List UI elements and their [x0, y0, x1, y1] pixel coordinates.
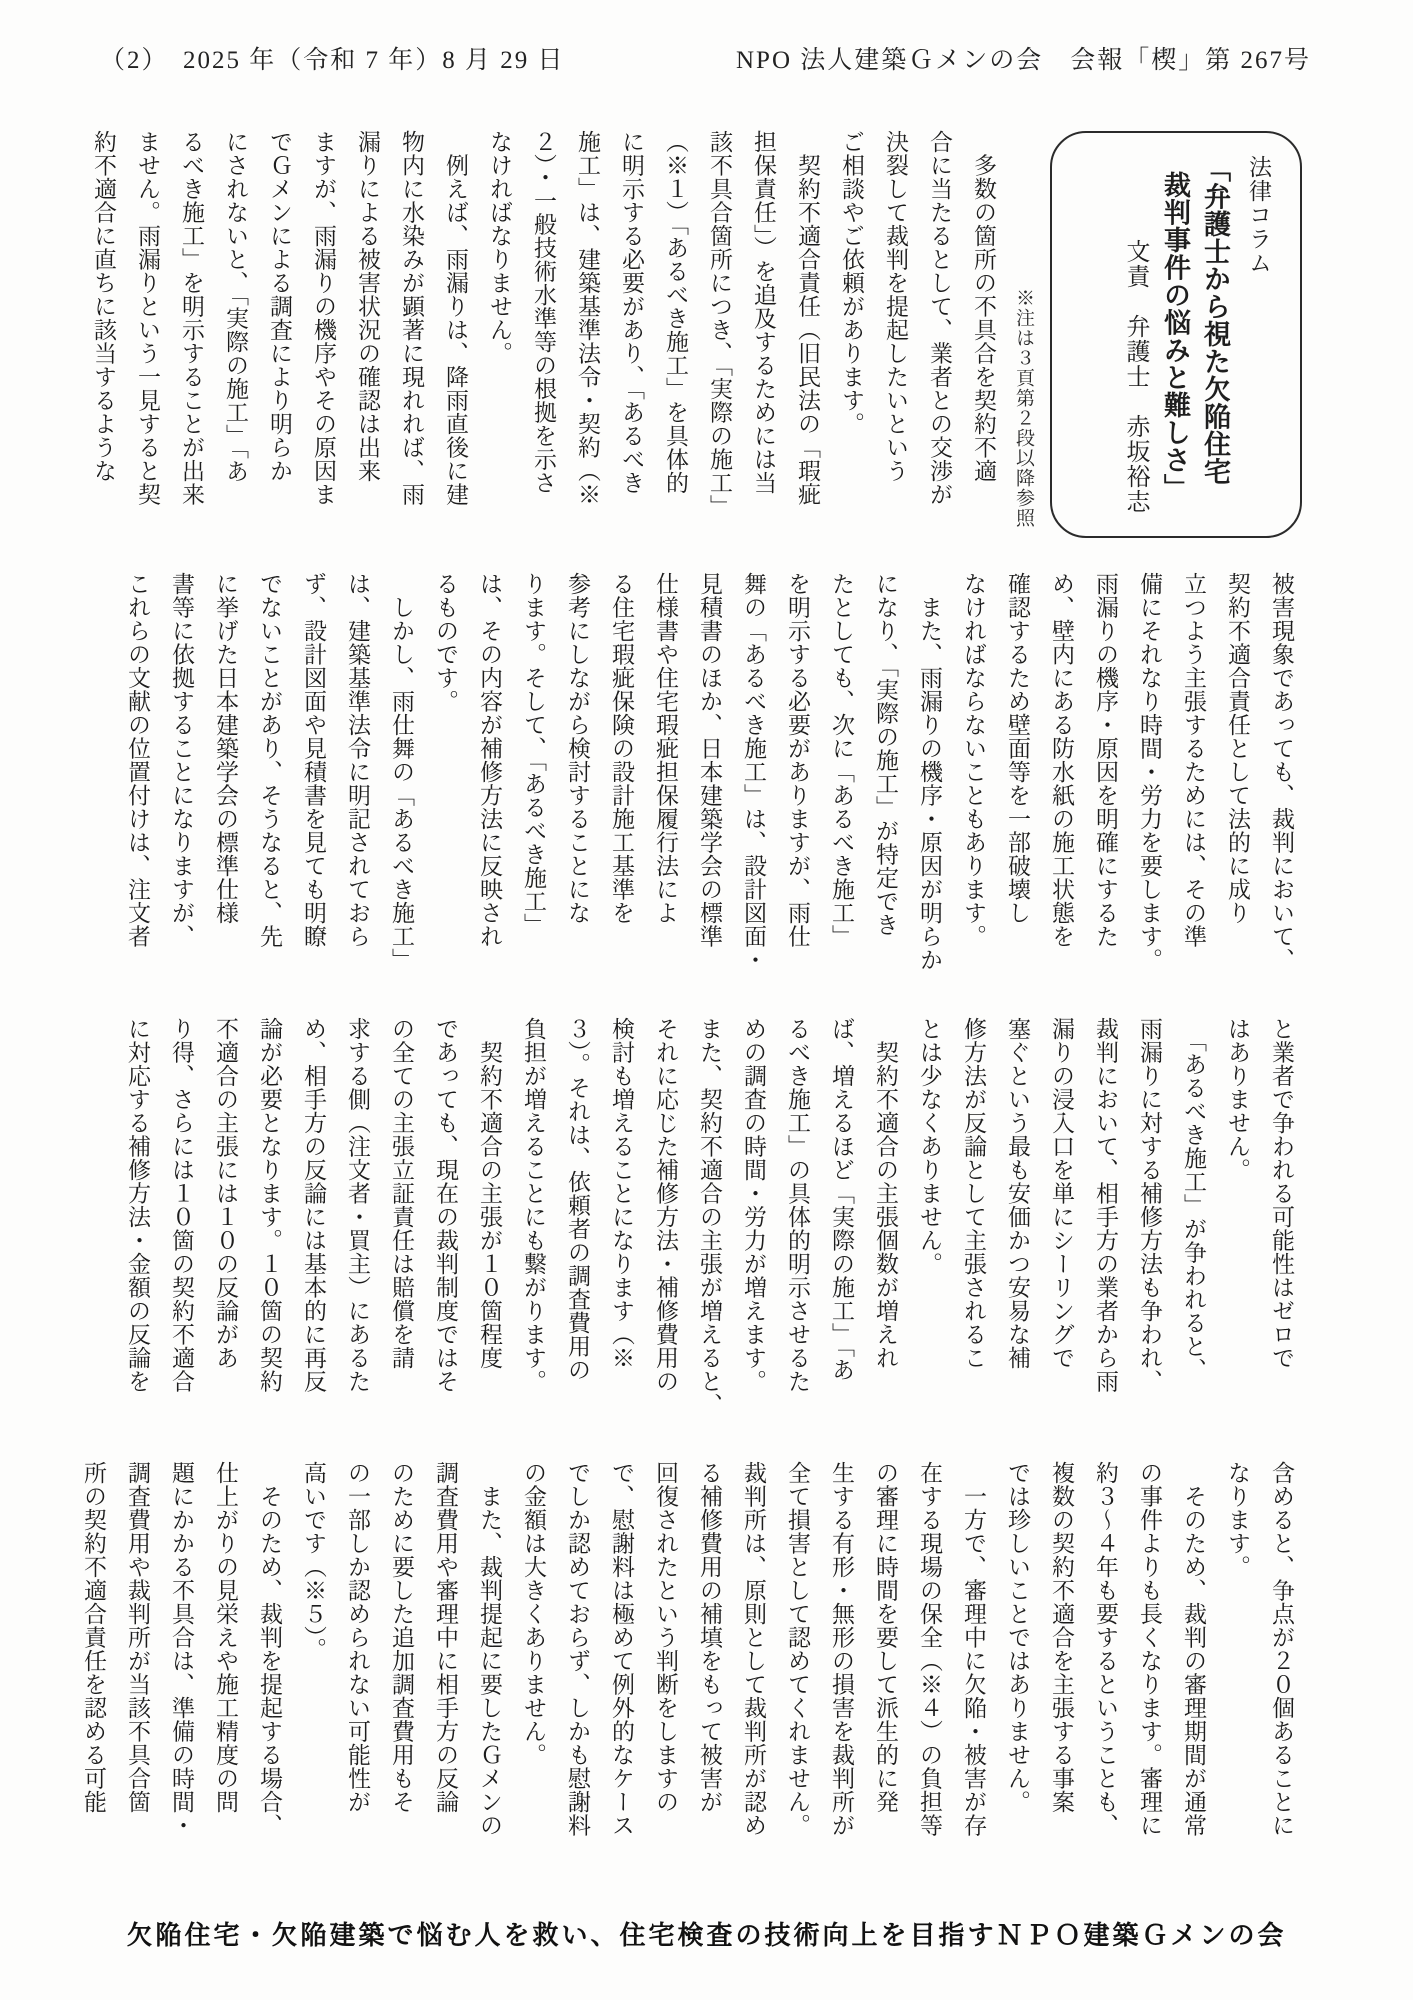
text-column: 約不適合に直ちに該当するような — [81, 130, 125, 545]
text-band-1: 多数の箇所の不具合を契約不適合に当たるとして、業者との交渉が決裂して裁判を提起し… — [81, 130, 1005, 545]
text-column: 備にそれなり時間・労力を要します。 — [1127, 572, 1171, 987]
text-column: 見積書のほか、日本建築学会の標準 — [687, 572, 731, 987]
text-column: ば、増えるほど「実際の施工」「あ — [819, 1017, 863, 1432]
text-column: 「あるべき施工」が争われると、 — [1171, 1017, 1215, 1432]
text-column: と業者で争われる可能性はゼロで — [1259, 1017, 1303, 1432]
text-column: ご相談やご依頼があります。 — [829, 130, 873, 545]
text-column: 被害現象であっても、裁判において、 — [1259, 572, 1303, 987]
text-column: ますが、雨漏りの機序やその原因ま — [301, 130, 345, 545]
text-column: るべき施工」の具体的明示させるた — [775, 1017, 819, 1432]
text-column: で、慰謝料は極めて例外的なケース — [599, 1461, 643, 1876]
text-column: なります。 — [1215, 1461, 1259, 1876]
text-column: 契約不適合の主張が１０箇程度 — [467, 1017, 511, 1432]
text-column: 契約不適合責任（旧民法の「瑕疵 — [785, 130, 829, 545]
text-column: 立つよう主張するためには、その準 — [1171, 572, 1215, 987]
text-column: 不適合の主張には１０の反論があ — [203, 1017, 247, 1432]
text-column: そのため、裁判を提起する場合、 — [247, 1461, 291, 1876]
text-column: 塞ぐという最も安価かつ安易な補 — [995, 1017, 1039, 1432]
article-title-line1: 「弁護士から視た欠陥住宅 — [1194, 155, 1236, 518]
column-category-label: 法律コラム — [1236, 155, 1280, 518]
text-column: は、その内容が補修方法に反映され — [467, 572, 511, 987]
text-column: また、雨漏りの機序・原因が明らか — [907, 572, 951, 987]
text-column: 在する現場の保全（※４）の負担等 — [907, 1461, 951, 1876]
text-column: 物内に水染みが顕著に現れれば、雨 — [389, 130, 433, 545]
text-column: （※１）「あるべき施工」を具体的 — [653, 130, 697, 545]
text-column: 生する有形・無形の損害を裁判所が — [819, 1461, 863, 1876]
text-column: 施工」は、建築基準法令・契約（※ — [565, 130, 609, 545]
text-column: これらの文献の位置付けは、注文者 — [115, 572, 159, 987]
text-column: でないことがあり、そうなると、先 — [247, 572, 291, 987]
text-column: しかし、雨仕舞の「あるべき施工」 — [379, 572, 423, 987]
page-header: （2） 2025 年（令和 7 年）8 月 29 日 NPO 法人建築Ｇメンの会… — [0, 40, 1413, 76]
text-column: なければなりません。 — [477, 130, 521, 545]
text-column: 全て損害として認めてくれません。 — [775, 1461, 819, 1876]
text-column: め、相手方の反論には基本的に再反 — [291, 1017, 335, 1432]
text-column: 雨漏りに対する補修方法も争われ、 — [1127, 1017, 1171, 1432]
text-column: 舞の「あるべき施工」は、設計図面・ — [731, 572, 775, 987]
text-column: 確認するため壁面等を一部破壊し — [995, 572, 1039, 987]
text-column: でＧメンによる調査により明らか — [257, 130, 301, 545]
text-column: 所の契約不適合責任を認める可能 — [71, 1461, 115, 1876]
text-column: はありません。 — [1215, 1017, 1259, 1432]
article-title-line2: 裁判事件の悩みと難しさ」 — [1156, 155, 1194, 518]
text-column: 裁判所は、原則として裁判所が認め — [731, 1461, 775, 1876]
text-column: 漏りの浸入口を単にシーリングで — [1039, 1017, 1083, 1432]
text-column: の全ての主張立証責任は賠償を請 — [379, 1017, 423, 1432]
text-column: ず、設計図面や見積書を見ても明瞭 — [291, 572, 335, 987]
text-column: そのため、裁判の審理期間が通常 — [1171, 1461, 1215, 1876]
text-column: また、裁判提起に要したＧメンの — [467, 1461, 511, 1876]
text-column: 仕上がりの見栄えや施工精度の問 — [203, 1461, 247, 1876]
text-column: 書等に依拠することになりますが、 — [159, 572, 203, 987]
text-column: り得、さらには１０箇の契約不適合 — [159, 1017, 203, 1432]
text-column: に挙げた日本建築学会の標準仕様 — [203, 572, 247, 987]
text-column: ません。雨漏りという一見すると契 — [125, 130, 169, 545]
text-column: 担保責任」）を追及するためには当 — [741, 130, 785, 545]
text-column: は、建築基準法令に明記されておら — [335, 572, 379, 987]
text-column: 回復されたという判断をしますの — [643, 1461, 687, 1876]
text-column: 調査費用や裁判所が当該不具合箇 — [115, 1461, 159, 1876]
text-column: 複数の契約不適合を主張する事案 — [1039, 1461, 1083, 1876]
text-column: ２）・一般技術水準等の根拠を示さ — [521, 130, 565, 545]
text-column: 該不具合箇所につき、「実際の施工」 — [697, 130, 741, 545]
text-column: る住宅瑕疵保険の設計施工基準を — [599, 572, 643, 987]
text-column: とは少なくありません。 — [907, 1017, 951, 1432]
text-column: でしか認めておらず、しかも慰謝料 — [555, 1461, 599, 1876]
text-column: にされないと、「実際の施工」「あ — [213, 130, 257, 545]
text-column: め、壁内にある防水紙の施工状態を — [1039, 572, 1083, 987]
text-column: めの調査の時間・労力が増えます。 — [731, 1017, 775, 1432]
text-column: ります。そして、「あるべき施工」 — [511, 572, 555, 987]
publication-title: NPO 法人建築Ｇメンの会 会報「楔」第 267号 — [736, 40, 1311, 76]
text-column: のために要した追加調査費用もそ — [379, 1461, 423, 1876]
text-column: になり、「実際の施工」が特定でき — [863, 572, 907, 987]
text-column: を明示する必要がありますが、雨仕 — [775, 572, 819, 987]
text-column: 題にかかる不具合は、準備の時間・ — [159, 1461, 203, 1876]
text-column: 裁判において、相手方の業者から雨 — [1083, 1017, 1127, 1432]
text-column: 一方で、審理中に欠陥・被害が存 — [951, 1461, 995, 1876]
text-column: 仕様書や住宅瑕疵担保履行法によ — [643, 572, 687, 987]
text-column: る補修費用の補填をもって被害が — [687, 1461, 731, 1876]
text-column: に対応する補修方法・金額の反論を — [115, 1017, 159, 1432]
text-column: 調査費用や審理中に相手方の反論 — [423, 1461, 467, 1876]
text-column: の一部しか認められない可能性が — [335, 1461, 379, 1876]
text-column: 検討も増えることになります（※ — [599, 1017, 643, 1432]
text-column: であっても、現在の裁判制度ではそ — [423, 1017, 467, 1432]
newsletter-page: （2） 2025 年（令和 7 年）8 月 29 日 NPO 法人建築Ｇメンの会… — [0, 0, 1413, 2000]
text-column: の審理に時間を要して派生的に発 — [863, 1461, 907, 1876]
text-column: 負担が増えることにも繋がります。 — [511, 1017, 555, 1432]
text-column: 契約不適合の主張個数が増えれ — [863, 1017, 907, 1432]
text-band-4: 含めると、争点が２０個あることになります。 そのため、裁判の審理期間が通常の事件… — [71, 1461, 1303, 1876]
text-column: 約３～４年も要するということも、 — [1083, 1461, 1127, 1876]
text-column: 含めると、争点が２０個あることに — [1259, 1461, 1303, 1876]
text-band-2: 被害現象であっても、裁判において、契約不適合責任として法的に成り立つよう主張する… — [115, 572, 1303, 987]
text-column: 論が必要となります。１０箇の契約 — [247, 1017, 291, 1432]
text-column: 高いです（※５）。 — [291, 1461, 335, 1876]
text-column: 多数の箇所の不具合を契約不適 — [961, 130, 1005, 545]
text-column: では珍しいことではありません。 — [995, 1461, 1039, 1876]
article-byline: 文責 弁護士 赤坂裕志 — [1114, 155, 1156, 518]
text-column: 雨漏りの機序・原因を明確にするた — [1083, 572, 1127, 987]
reference-note: ※注は３頁第２段以降参照 — [1012, 288, 1034, 588]
text-column: の金額は大きくありません。 — [511, 1461, 555, 1876]
text-column: 参考にしながら検討することにな — [555, 572, 599, 987]
text-column: に明示する必要があり、「あるべき — [609, 130, 653, 545]
text-column: それに応じた補修方法・補修費用の — [643, 1017, 687, 1432]
page-number-and-date: （2） 2025 年（令和 7 年）8 月 29 日 — [100, 40, 565, 76]
text-column: 漏りによる被害状況の確認は出来 — [345, 130, 389, 545]
text-column: 決裂して裁判を提起したいという — [873, 130, 917, 545]
text-column: たとしても、次に「あるべき施工」 — [819, 572, 863, 987]
text-column: 修方法が反論として主張されるこ — [951, 1017, 995, 1432]
text-column: の事件よりも長くなります。審理に — [1127, 1461, 1171, 1876]
footer-slogan: 欠陥住宅・欠陥建築で悩む人を救い、住宅検査の技術向上を目指すＮＰＯ建築Ｇメンの会 — [0, 1915, 1413, 1952]
text-column: るものです。 — [423, 572, 467, 987]
text-column: るべき施工」を明示することが出来 — [169, 130, 213, 545]
text-column: ３）。それは、依頼者の調査費用の — [555, 1017, 599, 1432]
text-column: 求する側（注文者・買主）にあるた — [335, 1017, 379, 1432]
text-column: なければならないこともあります。 — [951, 572, 995, 987]
text-column: 契約不適合責任として法的に成り — [1215, 572, 1259, 987]
text-column: 合に当たるとして、業者との交渉が — [917, 130, 961, 545]
text-column: 例えば、雨漏りは、降雨直後に建 — [433, 130, 477, 545]
text-column: また、契約不適合の主張が増えると、 — [687, 1017, 731, 1432]
text-band-3: と業者で争われる可能性はゼロではありません。 「あるべき施工」が争われると、雨漏… — [115, 1017, 1303, 1432]
law-column-title-box: 法律コラム 「弁護士から視た欠陥住宅 裁判事件の悩みと難しさ」 文責 弁護士 赤… — [1050, 131, 1302, 538]
